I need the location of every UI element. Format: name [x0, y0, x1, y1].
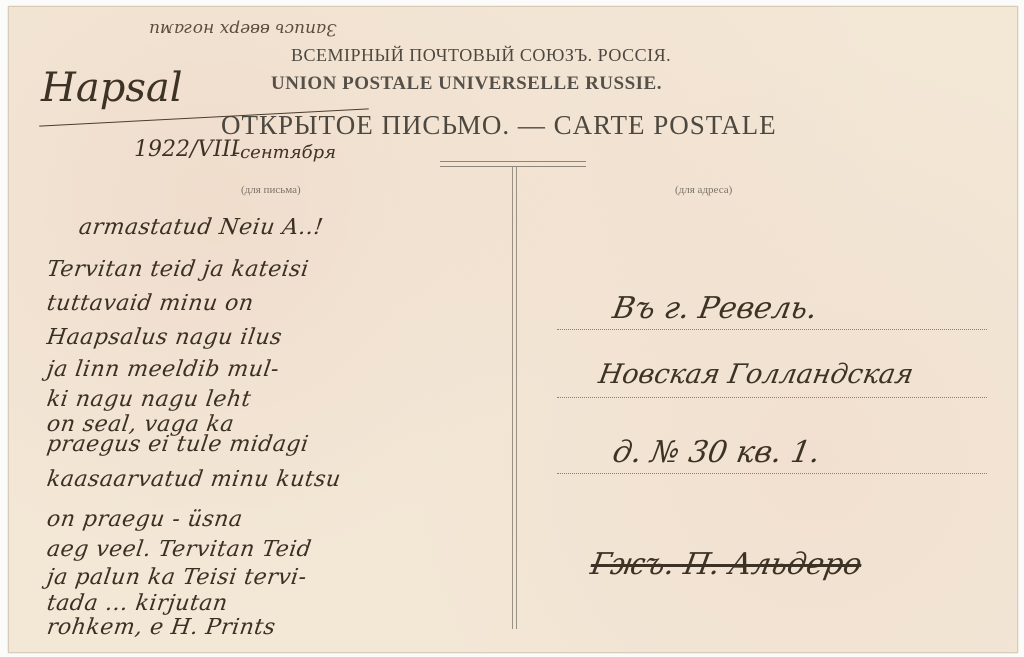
address-dotted-line [557, 329, 987, 330]
message-line: ja palun ka Teisi tervi- [45, 565, 308, 590]
address-house: д. № 30 кв. 1. [610, 435, 823, 470]
message-line: ki nagu nagu leht [45, 387, 253, 412]
printed-title: ОТКРЫТОЕ ПИСЬМО. — CARTE POSTALE [221, 110, 777, 141]
message-line: Haapsalus nagu ilus [45, 325, 283, 350]
handwritten-place: Hapsal [41, 65, 183, 111]
message-line: rohkem, e H. Prints [45, 615, 277, 640]
address-area-label: (для адреса) [675, 184, 732, 196]
address-dotted-line [557, 397, 987, 398]
message-line: tuttavaid minu on [45, 291, 255, 316]
address-dotted-line [557, 473, 987, 474]
message-line: aeg veel. Tervitan Teid [45, 537, 313, 562]
center-divider [512, 167, 517, 629]
message-line: tada ... kirjutan [45, 591, 229, 616]
postcard-back: Запись вверх ногами Hapsal 1922/VIII -се… [8, 6, 1018, 653]
message-line: praegus ei tule midagi [45, 432, 310, 457]
handwritten-date-tail: -сентября [234, 142, 336, 163]
message-line: kaasaarvatud minu kutsu [45, 467, 342, 492]
address-recipient: Гжъ. П. Альдеро [588, 547, 865, 582]
message-line: on praegu - üsna [45, 507, 244, 532]
message-line: armastatud Neiu A..! [77, 215, 325, 240]
message-line: Tervitan teid ja kateisi [45, 257, 310, 282]
address-city: Въ г. Ревель. [610, 291, 820, 326]
message-line: ja linn meeldib mul- [45, 357, 280, 382]
printed-header-line-1: ВСЕМІРНЫЙ ПОЧТОВЫЙ СОЮЗЪ. РОССІЯ. [291, 45, 671, 66]
address-street: Новская Голландская [596, 359, 916, 390]
message-area-label: (для письма) [241, 184, 301, 196]
upside-down-note: Запись вверх ногами [149, 19, 337, 39]
printed-header-line-2: UNION POSTALE UNIVERSELLE RUSSIE. [271, 73, 662, 95]
